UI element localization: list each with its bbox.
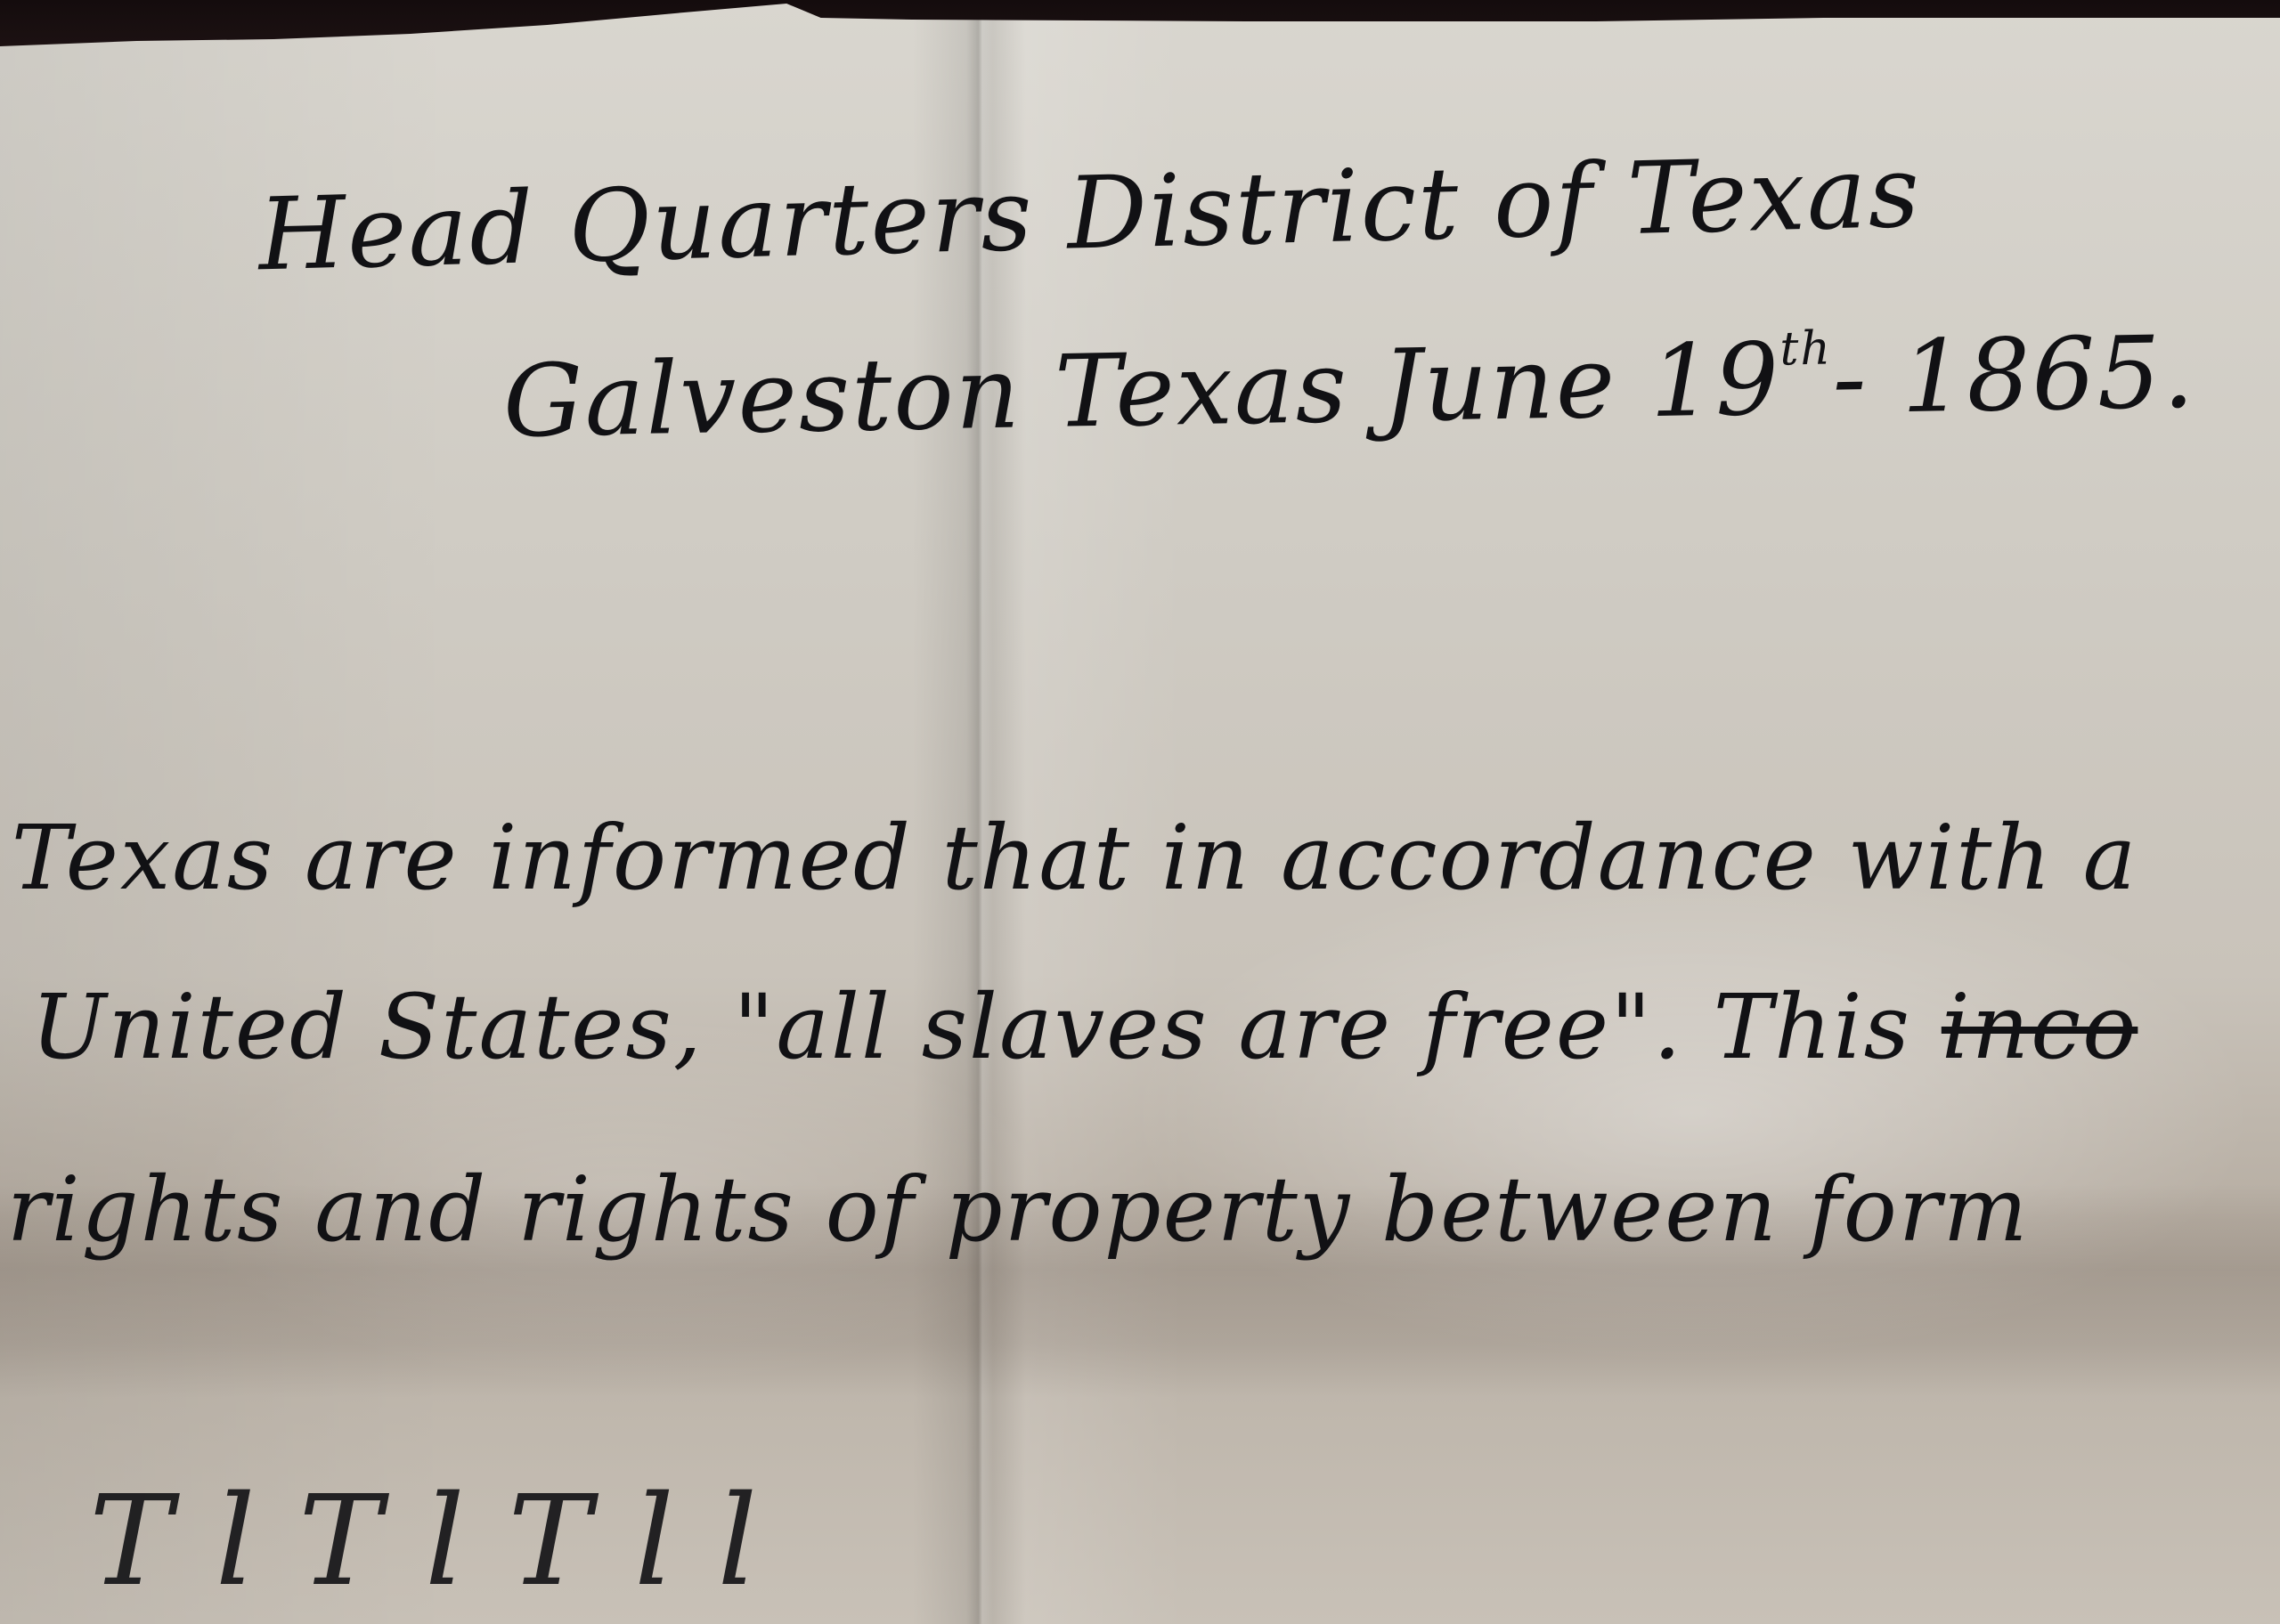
document-heading-place-date: Galveston Texas June 19th- 1865. [502,314,2197,459]
body-line-3: l rights and rights of property between … [0,1157,2029,1262]
heading-day: 19 [1649,322,1781,441]
body-line-2-text: e United States, "all slaves are free". … [0,975,1911,1079]
document-heading-title: Head Quarters District of Texas [257,134,1923,294]
body-line-4-partial: T l T l T l l [89,1469,759,1614]
paper-sheet: Head Quarters District of Texas Galvesto… [0,0,2280,1624]
body-line-2: e United States, "all slaves are free". … [0,975,2137,1079]
heading-place: Galveston Texas [502,329,1349,460]
heading-month: June [1380,325,1617,445]
heading-year: 1865. [1901,314,2197,435]
struck-out-word: inco [1942,975,2138,1079]
heading-day-suffix: th [1779,322,1832,377]
body-line-1: f Texas are informed that in accordance … [0,806,2137,910]
